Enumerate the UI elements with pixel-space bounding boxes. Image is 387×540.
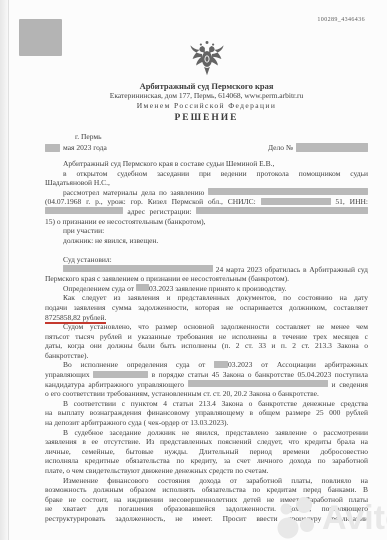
redaction-bar	[261, 198, 331, 205]
page-edge-shadow	[0, 0, 9, 540]
document-line: рассмотрел материалы дела по заявлению	[45, 188, 368, 198]
document-type-title: РЕШЕНИЕ	[45, 112, 368, 124]
document-line: заявления в ее отсутствие. Из представле…	[45, 437, 368, 447]
document-line: должник: не явился, извещен.	[45, 236, 368, 246]
document-line: 24 марта 2023 обратилась в Арбитражный с…	[45, 265, 368, 275]
document-line: (04.07.1968 г. р., урож: гор. Кизел Перм…	[45, 197, 368, 207]
avito-logo-icon	[276, 496, 318, 540]
in-the-name-line: Именем Российской Федерации	[45, 101, 368, 111]
document-content: Арбитражный суд Пермского края Екатерини…	[45, 0, 368, 524]
redaction-bar	[93, 371, 148, 378]
line-spacer	[45, 245, 368, 255]
document-line: банкротстве).	[45, 351, 368, 361]
document-line: В соответствии с пунктом 4 статьи 213.4 …	[45, 399, 368, 409]
redaction-bar	[214, 361, 228, 368]
avito-watermark: Avito	[276, 496, 387, 540]
case-label: Дело №	[268, 142, 293, 153]
document-line: при участии:	[45, 226, 368, 236]
document-line: на выплату вознаграждения финансовому уп…	[45, 408, 368, 418]
document-line: 8725858,82 рублей.	[45, 313, 368, 323]
document-body: Арбитражный суд Пермского края в составе…	[45, 159, 368, 524]
redaction-bar	[208, 188, 368, 195]
document-line: пятьсот тысяч рублей и указанные требова…	[45, 332, 368, 342]
document-line: о его соответствии требованиям, установл…	[45, 389, 368, 399]
document-header: Арбитражный суд Пермского края Екатерини…	[45, 0, 368, 124]
redaction-bar	[63, 265, 213, 272]
document-line: управляющих в порядке статьи 45 Закона о…	[45, 370, 368, 380]
document-line: в открытом судебном заседании при ведени…	[45, 169, 368, 179]
document-line: Определением суда от 03.2023 заявление п…	[45, 284, 368, 294]
document-line: Во исполнение определения суда от 03.202…	[45, 360, 368, 370]
document-line: подачи заявления сумма задолженности, ко…	[45, 303, 368, 313]
document-scan-page: 100289_4346436 Арбитражный суд П	[0, 0, 387, 540]
city-line: г. Пермь	[75, 132, 368, 142]
case-meta: г. Пермь мая 2023 года Дело №	[45, 132, 368, 153]
court-name: Арбитражный суд Пермского края	[45, 81, 368, 91]
document-line: Арбитражный суд Пермского края в составе…	[45, 159, 368, 169]
document-line: Пермского края с заявлением о признании …	[45, 274, 368, 284]
date-text: мая 2023 года	[63, 142, 107, 153]
redaction-bar	[136, 284, 149, 291]
case-number-line: Дело №	[268, 142, 368, 153]
document-line: Шадатьяновой Н.С.,	[45, 178, 368, 188]
redaction-bar	[45, 144, 60, 152]
document-line: кандидатура арбитражного управляющего и …	[45, 380, 368, 390]
document-line: Изменение финансового состояния дохода о…	[45, 476, 368, 486]
redaction-bar	[188, 380, 328, 387]
document-line: Как следует из заявления и представленны…	[45, 293, 368, 303]
document-line: В судебное заседание должник не явился, …	[45, 428, 368, 438]
date-case-row: мая 2023 года Дело №	[45, 142, 368, 153]
document-line: 15) о признании ее несостоятельным (банк…	[45, 217, 368, 227]
document-line: даты, когда они должны были быть исполне…	[45, 341, 368, 351]
document-line: Суд установил:	[45, 255, 368, 265]
redaction-bar	[296, 143, 368, 152]
redaction-bar	[196, 207, 368, 214]
date-line: мая 2023 года	[45, 142, 107, 153]
document-line: личные, семейные, бытовые нужды. Длитель…	[45, 447, 368, 457]
redaction-bar	[45, 207, 123, 214]
document-line: возможность должным образом исполнять об…	[45, 485, 368, 495]
coat-of-arms-icon	[189, 40, 225, 78]
document-line: на депозит арбитражного суда ( чек-ордер…	[45, 418, 368, 428]
document-line: плате, о чем свидетельствуют движение де…	[45, 466, 368, 476]
document-line: исполняла кредитные обязательства по кре…	[45, 456, 368, 466]
document-line: адрес регистрации:	[45, 207, 368, 217]
court-address: Екатерининская, дом 177, Пермь, 614068, …	[45, 91, 368, 101]
document-line: Судом установлено, что размер основной з…	[45, 322, 368, 332]
avito-watermark-text: Avito	[322, 498, 387, 538]
